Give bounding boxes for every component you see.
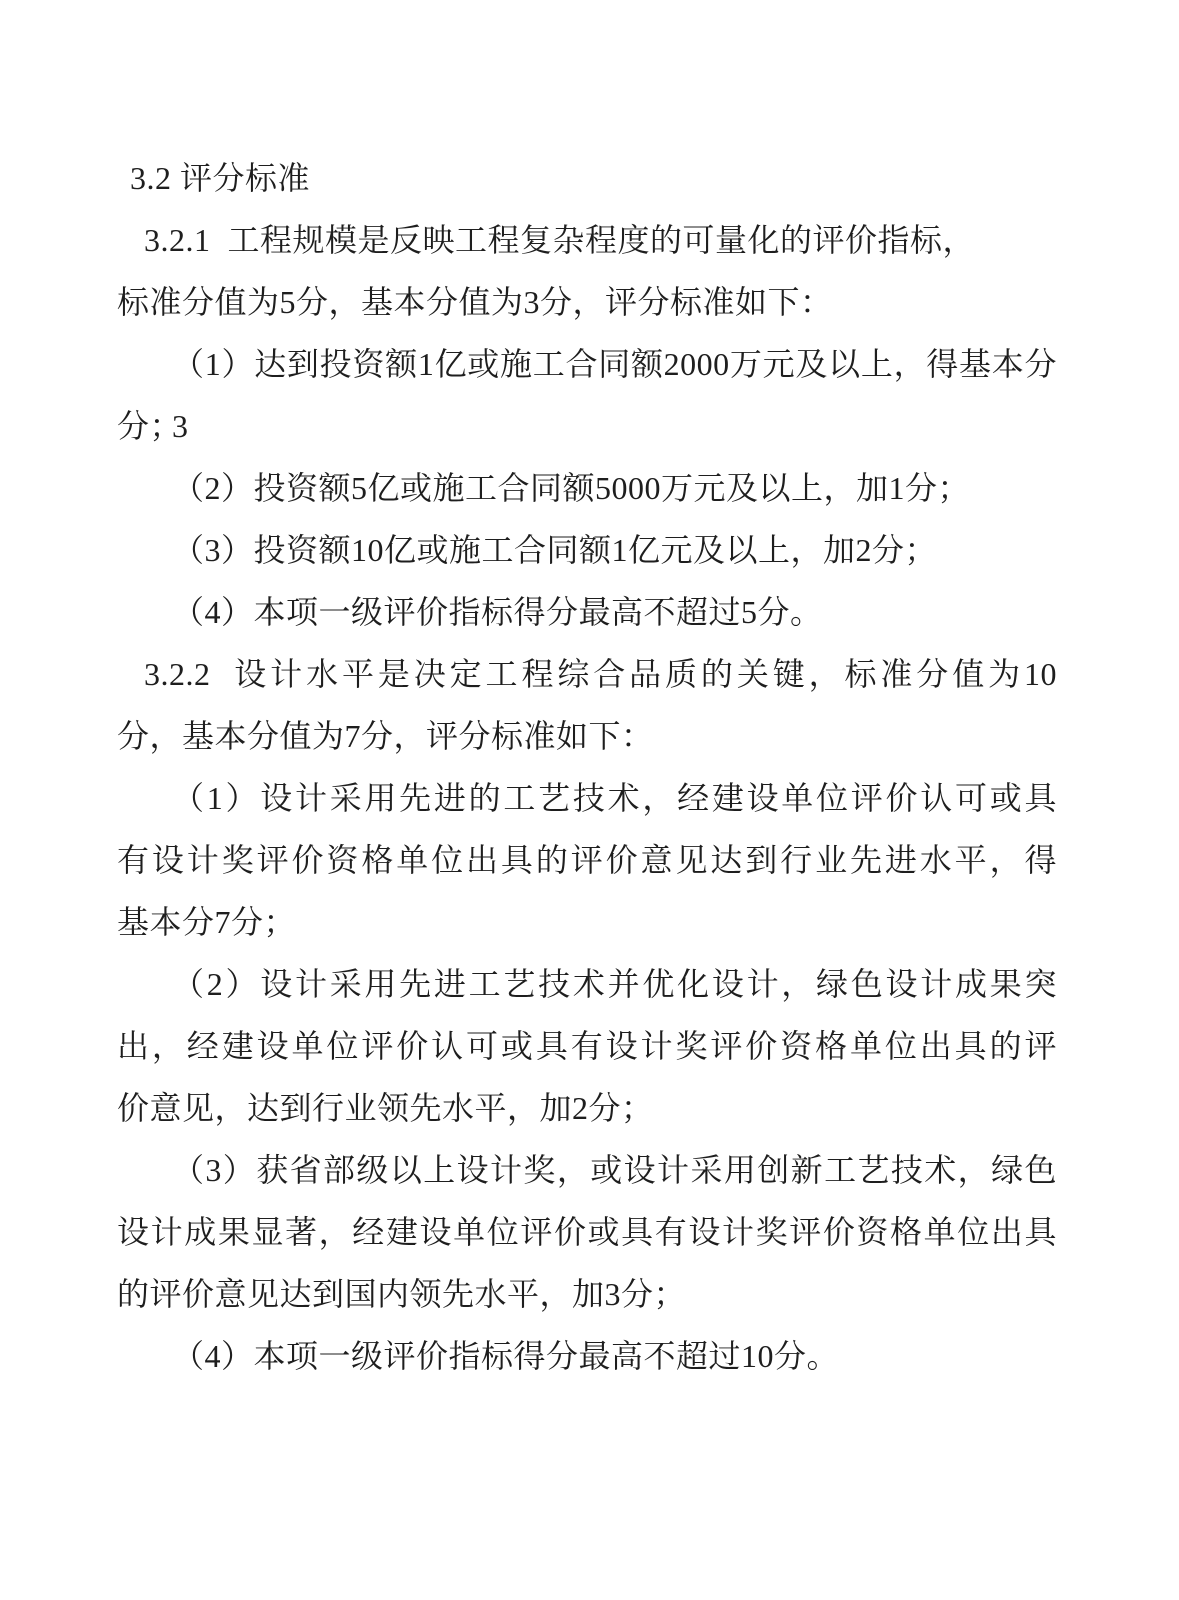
item-3-2-1-3: （3）投资额10亿或施工合同额1亿元及以上，加2分；	[117, 519, 1057, 581]
item-3-2-2-2-line-3: 价意见，达到行业领先水平，加2分；	[117, 1077, 1057, 1139]
item-3-2-2-3-line-3: 的评价意见达到国内领先水平，加3分；	[117, 1263, 1057, 1325]
para-3-2-2-line-1: 3.2.2 设计水平是决定工程综合品质的关键，标准分值为10	[117, 643, 1057, 705]
document-page: 3.2 评分标准 3.2.1 工程规模是反映工程复杂程度的可量化的评价指标， 标…	[0, 0, 1179, 1600]
item-3-2-1-4: （4）本项一级评价指标得分最高不超过5分。	[117, 581, 1057, 643]
item-3-2-2-1-line-2: 有设计奖评价资格单位出具的评价意见达到行业先进水平，得	[117, 829, 1057, 891]
item-3-2-2-2-line-2: 出，经建设单位评价认可或具有设计奖评价资格单位出具的评	[117, 1015, 1057, 1077]
item-3-2-1-2: （2）投资额5亿或施工合同额5000万元及以上，加1分；	[117, 457, 1057, 519]
heading-3-2: 3.2 评分标准	[117, 147, 1057, 209]
item-3-2-1-1-line-1: （1）达到投资额1亿或施工合同额2000万元及以上，得基本分3	[117, 333, 1057, 395]
item-3-2-2-2-line-1: （2）设计采用先进工艺技术并优化设计，绿色设计成果突	[117, 953, 1057, 1015]
para-3-2-1-line-1: 3.2.1 工程规模是反映工程复杂程度的可量化的评价指标，	[117, 209, 1057, 271]
item-3-2-2-3-line-2: 设计成果显著，经建设单位评价或具有设计奖评价资格单位出具	[117, 1201, 1057, 1263]
para-3-2-1-line-2: 标准分值为5分，基本分值为3分，评分标准如下：	[117, 271, 1057, 333]
item-3-2-1-1-line-2: 分；	[117, 395, 1057, 457]
item-3-2-2-1-line-3: 基本分7分；	[117, 891, 1057, 953]
item-3-2-2-1-line-1: （1）设计采用先进的工艺技术，经建设单位评价认可或具	[117, 767, 1057, 829]
item-3-2-2-4: （4）本项一级评价指标得分最高不超过10分。	[117, 1325, 1057, 1387]
item-3-2-2-3-line-1: （3）获省部级以上设计奖，或设计采用创新工艺技术，绿色	[117, 1139, 1057, 1201]
para-3-2-2-line-2: 分，基本分值为7分，评分标准如下：	[117, 705, 1057, 767]
